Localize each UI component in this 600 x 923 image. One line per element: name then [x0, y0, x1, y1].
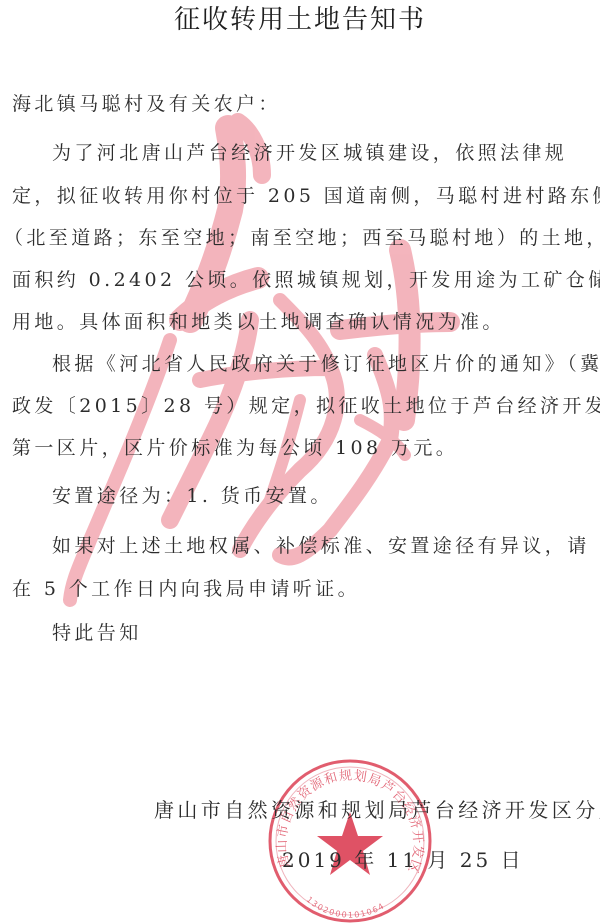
paragraph-line: （北至道路；东至空地；南至空地；西至马聪村地）的土地， — [4, 226, 584, 250]
issuing-authority: 唐山市自然资源和规划局芦台经济开发区分局 — [154, 794, 600, 823]
document-title: 征收转用土地告知书 — [0, 2, 600, 38]
paragraph-line: 用地。具体面积和地类以土地调查确认情况为准。 — [12, 310, 592, 334]
paragraph-line: 第一区片，区片价标准为每公顷 108 万元。 — [12, 436, 592, 460]
document-body: 征收转用土地告知书 海北镇马聪村及有关农户： 为了河北唐山芦台经济开发区城镇建设… — [0, 0, 600, 923]
document-page: 唐山市自然资源和规划局芦台经济开发区分局 1302000101064 征收转用土… — [0, 0, 600, 923]
addressee: 海北镇马聪村及有关农户： — [12, 92, 592, 116]
paragraph-line: 定，拟征收转用你村位于 205 国道南侧，马聪村进村路东侧 — [12, 184, 592, 208]
paragraph-line: 根据《河北省人民政府关于修订征地区片价的通知》（冀 — [52, 352, 600, 376]
paragraph-line: 在 5 个工作日内向我局申请听证。 — [12, 577, 592, 601]
closing-line: 特此告知 — [52, 621, 600, 645]
paragraph-line: 安置途径为：1. 货币安置。 — [52, 484, 600, 508]
paragraph-line: 政发〔2015〕28 号）规定，拟征收土地位于芦台经济开发区 — [12, 394, 592, 418]
paragraph-line: 为了河北唐山芦台经济开发区城镇建设，依照法律规 — [52, 141, 600, 165]
paragraph-line: 如果对上述土地权属、补偿标准、安置途径有异议，请 — [52, 534, 600, 558]
paragraph-line: 面积约 0.2402 公顷。依照城镇规划，开发用途为工矿仓储 — [12, 268, 592, 292]
issue-date: 2019 年 11 月 25 日 — [282, 844, 524, 873]
